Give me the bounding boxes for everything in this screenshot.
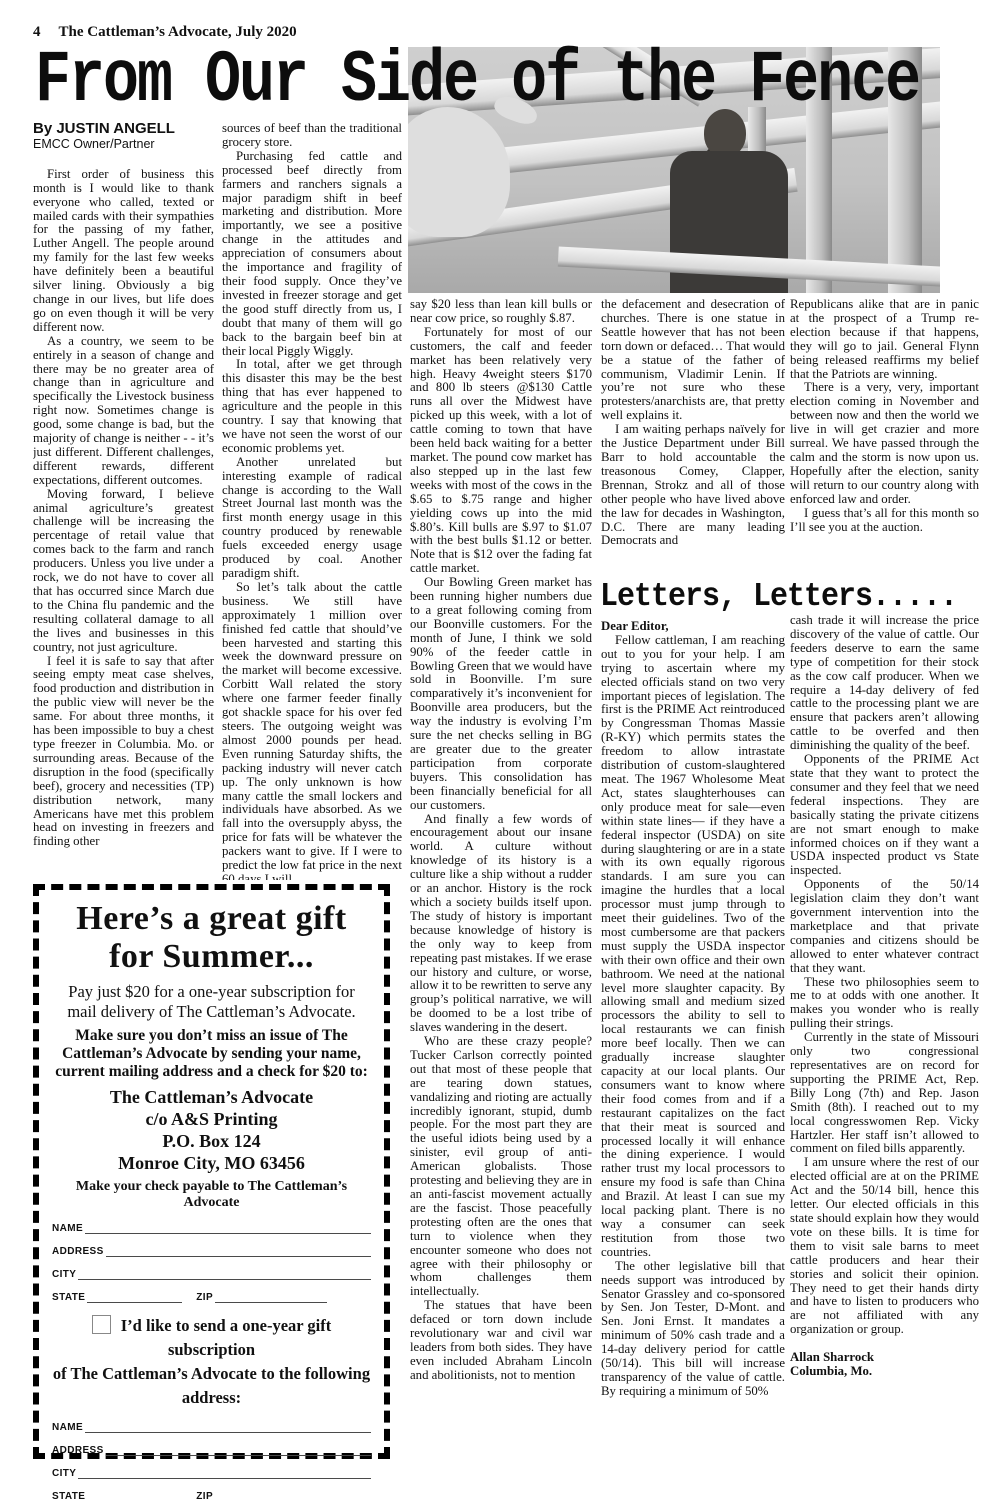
ad-subtitle: Pay just $20 for a one-year subscription… xyxy=(52,982,371,1021)
gift-city-field xyxy=(78,1466,371,1479)
city-label: CITY xyxy=(52,1269,76,1280)
zip-field xyxy=(215,1290,327,1303)
gift-subscription-checkbox xyxy=(92,1315,111,1334)
signature-name: Allan Sharrock xyxy=(790,1351,979,1365)
byline-role: EMCC Owner/Partner xyxy=(33,138,214,152)
paragraph: the defacement and desecration of church… xyxy=(601,298,785,423)
paragraph: Our Bowling Green market has been runnin… xyxy=(410,576,592,812)
state-field xyxy=(87,1290,182,1303)
paragraph: First order of business this month is I … xyxy=(33,168,214,335)
zip-label: ZIP xyxy=(196,1292,213,1303)
paragraph: I am waiting perhaps naïvely for the Jus… xyxy=(601,423,785,548)
article-column-1: By JUSTIN ANGELL EMCC Owner/Partner Firs… xyxy=(33,122,214,880)
paragraph: Who are these crazy people? Tucker Carls… xyxy=(410,1035,592,1299)
paragraph: The other legislative bill that needs su… xyxy=(601,1260,785,1399)
gift-form-row-address: ADDRESS xyxy=(52,1443,371,1456)
gift-form-row-city: CITY xyxy=(52,1466,371,1479)
paragraph: Purchasing fed cattle and processed beef… xyxy=(222,150,402,359)
paragraph: There is a very, very, important electio… xyxy=(790,381,979,506)
paragraph: Currently in the state of Missouri only … xyxy=(790,1031,979,1156)
gift-zip-field xyxy=(215,1489,327,1500)
ad-title-line1: Here’s a great gift xyxy=(52,900,371,938)
paragraph: Moving forward, I believe animal agricul… xyxy=(33,488,214,655)
gift-form-row-state-zip: STATE ZIP xyxy=(52,1489,371,1500)
paragraph: These two philosophies seem to me to at … xyxy=(790,976,979,1032)
paragraph: say $20 less than lean kill bulls or nea… xyxy=(410,298,592,326)
article-column-4: the defacement and desecration of church… xyxy=(601,298,785,570)
state-label: STATE xyxy=(52,1292,85,1303)
byline: By JUSTIN ANGELL EMCC Owner/Partner xyxy=(33,122,214,152)
address-field xyxy=(106,1244,371,1257)
ad-title: Here’s a great gift for Summer... xyxy=(52,900,371,976)
city-field xyxy=(78,1267,371,1280)
state-label: STATE xyxy=(52,1491,85,1500)
article-column-3: say $20 less than lean kill bulls or nea… xyxy=(410,298,592,1438)
ad-mailing-address: The Cattleman’s Advocate c/o A&S Printin… xyxy=(52,1086,371,1174)
letters-section-header: Letters, Letters..... xyxy=(600,578,957,616)
ad-address-line: Monroe City, MO 63456 xyxy=(52,1152,371,1174)
ad-payable-note: Make your check payable to The Cattleman… xyxy=(52,1179,371,1211)
gift-state-field xyxy=(87,1489,182,1500)
name-label: NAME xyxy=(52,1422,83,1433)
gift-address-field xyxy=(106,1443,371,1456)
ad-address-line: P.O. Box 124 xyxy=(52,1130,371,1152)
paragraph: sources of beef than the traditional gro… xyxy=(222,122,402,150)
article-headline: From Our Side of the Fence xyxy=(35,40,919,123)
paragraph: The statues that have been defaced or to… xyxy=(410,1299,592,1382)
paragraph: cash trade it will increase the price di… xyxy=(790,614,979,753)
paragraph: I am unsure where the rest of our electe… xyxy=(790,1156,979,1337)
form-row-state-zip: STATE ZIP xyxy=(52,1290,371,1303)
paragraph: As a country, we seem to be entirely in … xyxy=(33,335,214,488)
paragraph: And finally a few words of encouragement… xyxy=(410,813,592,1036)
subscription-ad: Here’s a great gift for Summer... Pay ju… xyxy=(33,884,390,1459)
name-field xyxy=(85,1221,371,1234)
cow-figure xyxy=(408,107,510,237)
paragraph: Opponents of the PRIME Act state that th… xyxy=(790,753,979,878)
form-row-name: NAME xyxy=(52,1221,371,1234)
byline-author: By JUSTIN ANGELL xyxy=(33,122,214,136)
paragraph: In total, after we get through this disa… xyxy=(222,358,402,455)
publication-title: The Cattleman’s Advocate, July 2020 xyxy=(59,24,297,40)
letter-salutation: Dear Editor, xyxy=(601,620,785,634)
form-row-city: CITY xyxy=(52,1267,371,1280)
ad-title-line2: for Summer... xyxy=(52,938,371,976)
gift-offer-line1: I’d like to send a one-year gift subscri… xyxy=(121,1316,332,1359)
gift-subscription-offer: I’d like to send a one-year gift subscri… xyxy=(52,1314,371,1410)
gift-offer-line2: of The Cattleman’s Advocate to the follo… xyxy=(52,1362,371,1410)
gift-name-field xyxy=(85,1420,371,1433)
letters-column-2: cash trade it will increase the price di… xyxy=(790,614,979,1450)
page-number: 4 xyxy=(33,24,41,40)
form-row-address: ADDRESS xyxy=(52,1244,371,1257)
letters-column-1: Dear Editor, Fellow cattleman, I am reac… xyxy=(601,620,785,1435)
paragraph: So let’s talk about the cattle business.… xyxy=(222,581,402,880)
paragraph: I guess that’s all for this month so I’l… xyxy=(790,507,979,535)
paragraph: Fellow cattleman, I am reaching out to y… xyxy=(601,634,785,1260)
paragraph: Fortunately for most of our customers, t… xyxy=(410,326,592,576)
letter-signature: Allan Sharrock Columbia, Mo. xyxy=(790,1351,979,1379)
ad-instructions: Make sure you don’t miss an issue of The… xyxy=(52,1027,371,1081)
signature-city: Columbia, Mo. xyxy=(790,1365,979,1379)
ad-address-line: c/o A&S Printing xyxy=(52,1108,371,1130)
paragraph: Another unrelated but interesting exampl… xyxy=(222,456,402,581)
ad-address-line: The Cattleman’s Advocate xyxy=(52,1086,371,1108)
gift-form-row-name: NAME xyxy=(52,1420,371,1433)
paragraph: Opponents of the 50/14 legislation claim… xyxy=(790,878,979,975)
city-label: CITY xyxy=(52,1468,76,1479)
address-label: ADDRESS xyxy=(52,1445,104,1456)
address-label: ADDRESS xyxy=(52,1246,104,1257)
article-column-2: sources of beef than the traditional gro… xyxy=(222,122,402,880)
article-column-5: Republicans alike that are in panic at t… xyxy=(790,298,979,570)
name-label: NAME xyxy=(52,1223,83,1234)
zip-label: ZIP xyxy=(196,1491,213,1500)
masthead: 4The Cattleman’s Advocate, July 2020 xyxy=(33,24,297,41)
paragraph: I feel it is safe to say that after seei… xyxy=(33,655,214,850)
paragraph: Republicans alike that are in panic at t… xyxy=(790,298,979,381)
